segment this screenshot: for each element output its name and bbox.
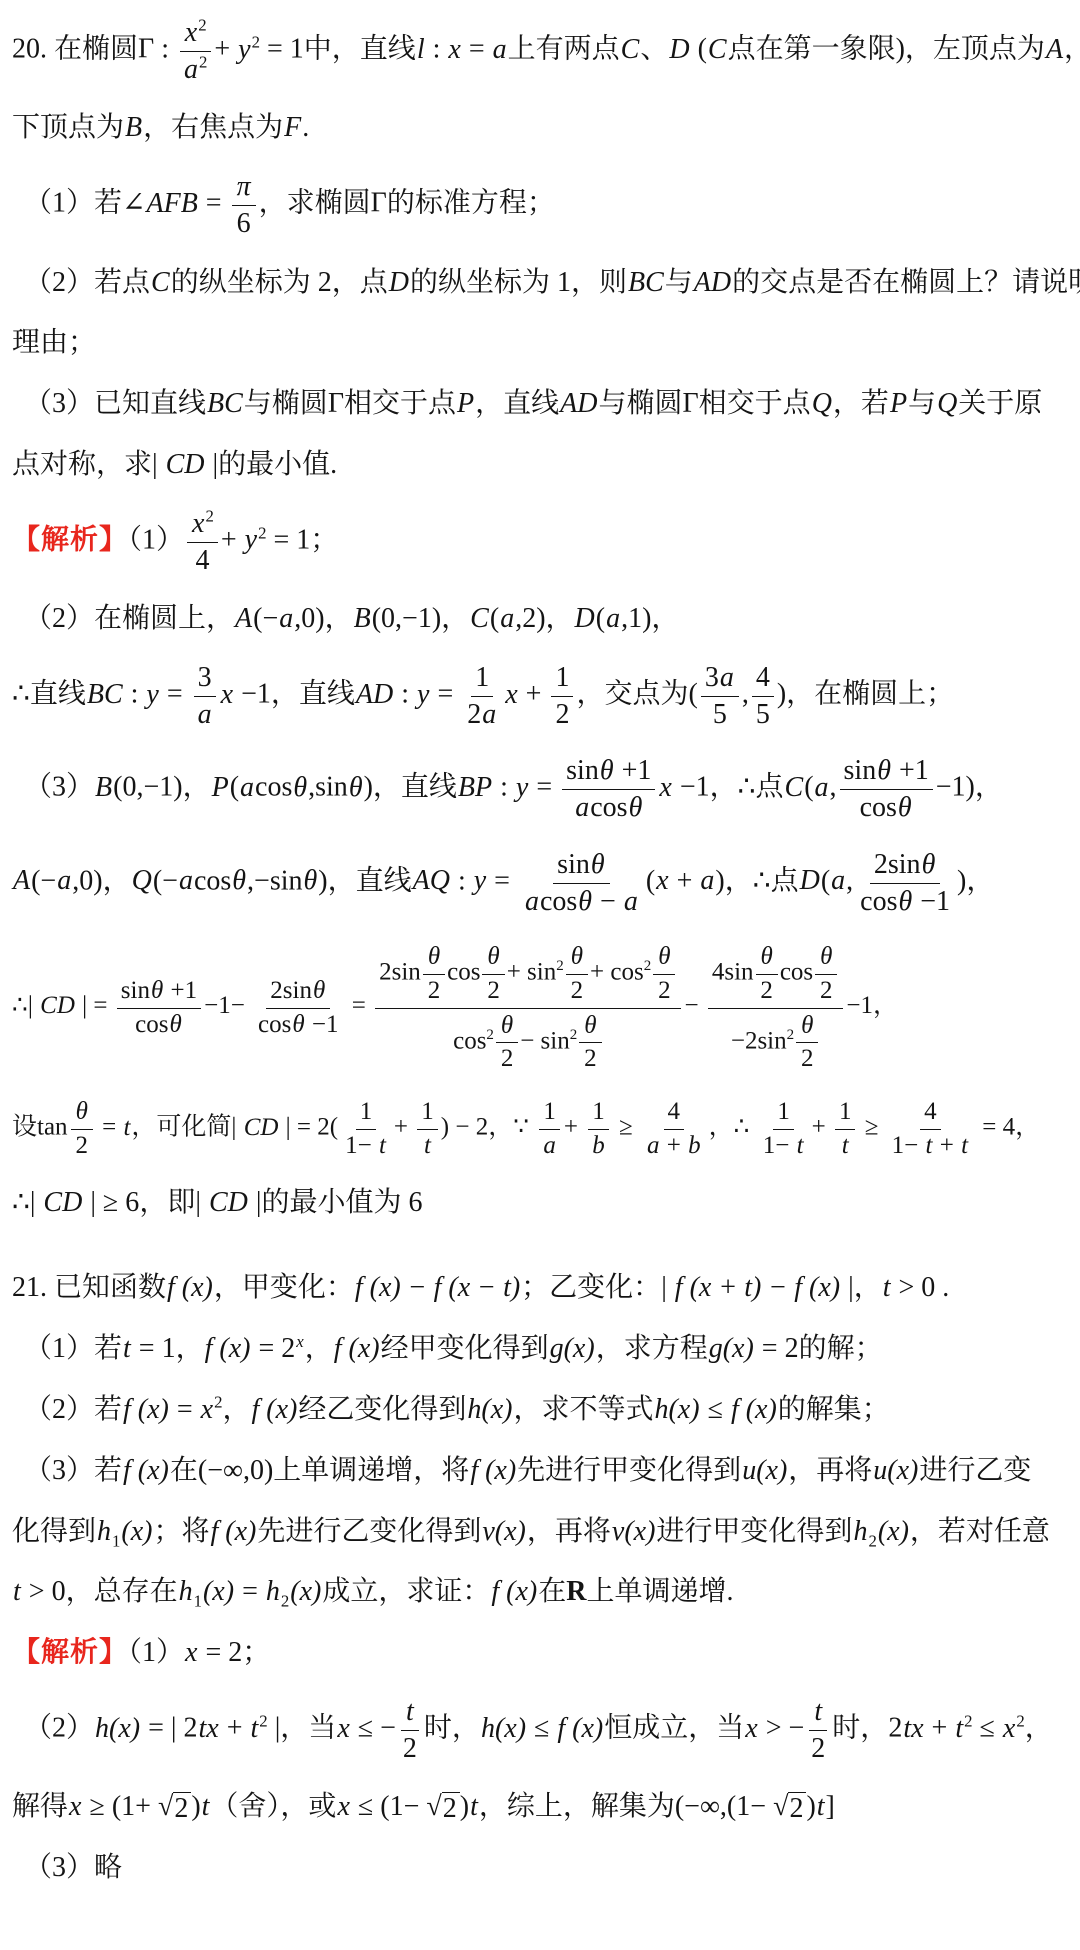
fraction-numerator: 1 xyxy=(551,661,573,697)
p20-solution-part3-line-1: （3）B(0,−1)，P(acosθ,sinθ)，直线BP : y = sinθ… xyxy=(12,754,1066,824)
math-text: x xyxy=(447,34,461,65)
cjk-text: 在 xyxy=(538,1576,566,1607)
cjk-text: ， xyxy=(103,865,131,896)
p21-part3-line-2: 化得到h1(x)；将f (x)先进行乙变化得到v(x)，再将v(x)进行甲变化得… xyxy=(12,1513,1066,1551)
cjk-text: ，总存在 xyxy=(66,1576,178,1607)
fraction: θ2 xyxy=(653,942,675,1006)
math-text: ) − 2 xyxy=(441,1114,488,1141)
fraction-numerator: 1 xyxy=(835,1097,856,1130)
math-text: Q xyxy=(936,388,958,419)
math-text: 2 xyxy=(252,32,260,51)
math-text: a xyxy=(623,886,639,917)
cjk-text: 点对称，求 xyxy=(12,449,152,480)
math-text: ( xyxy=(596,603,605,634)
math-text: ) xyxy=(460,1791,469,1822)
math-text: x xyxy=(191,508,205,539)
cjk-text: 点在第一象限 xyxy=(728,34,896,65)
math-text: ∴ xyxy=(738,772,756,803)
math-text: D xyxy=(388,267,410,298)
cjk-text: 的标准方程； xyxy=(387,188,555,219)
math-text: = xyxy=(170,1394,200,1425)
math-text: tx xyxy=(902,1713,924,1744)
math-text: θ xyxy=(819,943,833,970)
fraction-numerator: 4 xyxy=(920,1097,941,1130)
math-text: x xyxy=(184,1637,198,1668)
math-text: f (x) xyxy=(333,1333,381,1364)
math-text: h xyxy=(852,1516,868,1547)
math-text: θ xyxy=(800,1012,814,1039)
math-text: ≤ xyxy=(973,1713,1002,1744)
math-text: 2 xyxy=(174,1793,188,1824)
cjk-text: 上单调递增，将 xyxy=(273,1455,469,1486)
cjk-text: ，点 xyxy=(332,267,388,298)
math-text: = xyxy=(430,679,460,710)
math-text: t xyxy=(813,1696,823,1727)
fraction: x24 xyxy=(187,507,218,577)
math-text: = xyxy=(346,992,373,1019)
fraction-denominator: 6 xyxy=(233,206,255,240)
math-text: 2 xyxy=(487,977,500,1004)
math-text: : xyxy=(493,772,515,803)
fraction: x2a2 xyxy=(179,16,211,86)
fraction: θ2 xyxy=(482,942,504,1006)
math-text: y xyxy=(145,679,159,710)
cjk-text: （2）若 xyxy=(24,1394,122,1425)
math-text: 2 xyxy=(501,1045,514,1072)
math-text: ] xyxy=(826,1791,835,1822)
fraction-denominator: t xyxy=(419,1130,436,1161)
p21-stem: 21. 已知函数f (x)，甲变化：f (x) − f (x − t)；乙变化：… xyxy=(12,1269,1066,1307)
math-text: θ xyxy=(876,755,892,786)
math-text: AD xyxy=(693,267,732,298)
subscript: 2 xyxy=(281,1592,289,1611)
math-text: ) xyxy=(806,1791,815,1822)
fraction-denominator: 5 xyxy=(709,697,731,731)
math-text: CD xyxy=(165,449,206,480)
math-text: 1− xyxy=(345,1132,378,1159)
math-text: (−∞,(1− xyxy=(675,1791,773,1822)
math-text: θ xyxy=(303,865,319,896)
cjk-text: 与椭圆 xyxy=(244,388,328,419)
math-text: g(x) xyxy=(708,1333,755,1364)
superscript: 2 xyxy=(259,1711,267,1730)
math-text: = xyxy=(96,1114,123,1141)
math-text: t xyxy=(841,1132,850,1159)
math-text: x xyxy=(1002,1713,1016,1744)
cjk-text: 的最小值为 xyxy=(261,1187,401,1218)
math-text: D xyxy=(668,34,690,65)
cjk-text: 点 xyxy=(771,865,799,896)
math-text: 2 xyxy=(214,1393,222,1412)
math-text: ≥ xyxy=(613,1114,639,1141)
radicand: 2 xyxy=(442,1792,460,1825)
math-text: ,−sin xyxy=(247,865,302,896)
math-text: +1 xyxy=(892,755,929,786)
math-text: a xyxy=(699,865,715,896)
math-text: CD xyxy=(208,1187,249,1218)
p20-solution-part3-line-2: A(−a,0)，Q(−acosθ,−sinθ)，直线AQ : y = sinθa… xyxy=(12,848,1066,918)
document-page: 20. 在椭圆Γ : x2a2+ y2 = 1中，直线l : x = a上有两点… xyxy=(0,0,1080,1950)
cjk-text: 的纵坐标为 xyxy=(410,267,550,298)
cjk-text: ；将 xyxy=(153,1516,209,1547)
math-text: ≤ (1− xyxy=(351,1791,426,1822)
p20-solution-substitution: 设tanθ2 = t，可化简| CD | = 2(11− t+ 1t) − 2，… xyxy=(12,1097,1066,1161)
math-text: 5 xyxy=(713,699,727,730)
cjk-text: 点 xyxy=(755,772,783,803)
fraction-numerator: θ xyxy=(796,1011,818,1044)
math-text: θ xyxy=(760,943,774,970)
math-text: 2 xyxy=(820,977,833,1004)
math-text: ( xyxy=(688,679,697,710)
math-text: l xyxy=(416,34,426,65)
cjk-text: 中，直线 xyxy=(304,34,416,65)
cjk-text: 时， xyxy=(832,1713,888,1744)
fraction-numerator: π xyxy=(232,170,256,206)
superscript: 2 xyxy=(556,958,564,974)
cjk-text: ，交点为 xyxy=(576,679,688,710)
p21-solution-part2-line-1: （2）h(x) = | 2tx + t2 |，当x ≤ −t2时，h(x) ≤ … xyxy=(12,1695,1066,1765)
math-text: ) xyxy=(191,1791,200,1822)
cjk-text: （1）若 xyxy=(24,188,122,219)
cjk-text: ， xyxy=(176,1333,204,1364)
cjk-text: 进行乙变 xyxy=(919,1455,1031,1486)
fraction: π6 xyxy=(232,170,256,240)
math-text: + xyxy=(519,679,549,710)
math-text: Q xyxy=(811,388,833,419)
radical-sign: √ xyxy=(158,1792,173,1823)
math-text: t xyxy=(423,1132,432,1159)
fraction-denominator: b xyxy=(587,1130,610,1161)
math-text: + xyxy=(812,1114,832,1141)
math-text: x xyxy=(336,1713,350,1744)
math-text: t xyxy=(250,1713,260,1744)
math-text: θ xyxy=(897,792,913,823)
math-text: | = xyxy=(76,992,114,1019)
superscript: 2 xyxy=(644,958,652,974)
math-text: f (x + t) − f (x) xyxy=(674,1272,841,1303)
math-text: 4 xyxy=(924,1098,937,1125)
math-text: ∴| xyxy=(12,1187,42,1218)
math-text: −1 xyxy=(846,992,873,1019)
math-text: | xyxy=(661,1272,674,1303)
superscript: 2 xyxy=(205,506,213,525)
math-text: 2 xyxy=(789,1793,803,1824)
square-root: √2 xyxy=(158,1792,191,1825)
math-text: 2 xyxy=(199,53,207,72)
fraction: 2sinθcosθ −1 xyxy=(856,848,954,918)
math-text: | xyxy=(249,1187,262,1218)
math-text: +1 xyxy=(615,755,652,786)
math-text: 4sin xyxy=(712,959,754,986)
math-text: + xyxy=(564,1114,584,1141)
math-text: ) xyxy=(896,34,905,65)
math-text: − xyxy=(593,886,623,917)
math-text: + cos xyxy=(590,959,644,986)
cjk-text: ， xyxy=(710,772,738,803)
p20-solution-cd-formula: ∴| CD | = sinθ +1cosθ−1− 2sinθcosθ −1 = … xyxy=(12,941,1066,1074)
math-text: a xyxy=(239,772,255,803)
math-text: x xyxy=(200,1394,214,1425)
math-text: x xyxy=(68,1791,82,1822)
math-text: 2 xyxy=(964,1711,972,1730)
math-text: 1− xyxy=(892,1132,925,1159)
solution-label: 【解析】 xyxy=(12,1637,128,1668)
p20-solution-conclusion: ∴| CD | ≥ 6，即| CD |的最小值为 6 xyxy=(12,1184,1066,1222)
math-text: tx xyxy=(198,1713,220,1744)
math-text: θ xyxy=(577,886,593,917)
math-text: θ xyxy=(292,772,308,803)
math-text: θ xyxy=(75,1098,89,1125)
cjk-text: ， xyxy=(441,603,469,634)
fraction-denominator: acosθ xyxy=(570,790,647,824)
fraction: θ2 xyxy=(566,942,588,1006)
cjk-text: ，再将 xyxy=(527,1516,611,1547)
fraction: 1t xyxy=(417,1097,438,1161)
math-text: − sin xyxy=(520,1027,570,1054)
math-text: AD xyxy=(559,388,598,419)
math-text: 1 xyxy=(194,1592,202,1611)
math-text: −1 xyxy=(234,679,271,710)
fraction-denominator: 2 xyxy=(756,975,777,1006)
math-text: (0,−1) xyxy=(113,772,182,803)
p21-part2: （2）若f (x) = x2，f (x)经乙变化得到h(x)，求不等式h(x) … xyxy=(12,1391,1066,1429)
math-text: θ xyxy=(168,1011,182,1038)
superscript: x xyxy=(295,1332,304,1351)
math-text: a xyxy=(178,865,194,896)
p21-solution-part2-line-2: 解得x ≥ (1+ √2)t（舍），或x ≤ (1− √2)t，综上，解集为(−… xyxy=(12,1788,1066,1826)
fraction-numerator: 1 xyxy=(588,1097,609,1130)
fraction-numerator: 1 xyxy=(417,1097,438,1130)
math-text: 3 xyxy=(705,662,719,693)
math-text: CD xyxy=(243,1114,280,1141)
math-text: | ≥ 6 xyxy=(83,1187,139,1218)
math-text: a xyxy=(830,865,846,896)
math-text: y xyxy=(473,865,487,896)
math-text: , xyxy=(742,679,749,710)
math-text: = xyxy=(160,679,190,710)
fraction-numerator: 4sinθ2cosθ2 xyxy=(708,941,844,1009)
math-text: = xyxy=(235,1576,265,1607)
fraction-numerator: θ xyxy=(423,942,445,975)
math-text: Γ xyxy=(371,188,387,219)
math-text: AD xyxy=(355,679,394,710)
math-text: θ xyxy=(486,943,500,970)
math-text: Γ xyxy=(682,388,698,419)
cjk-text: ， xyxy=(709,1114,734,1141)
cjk-text: 时， xyxy=(424,1713,480,1744)
cjk-text: 上有两点 xyxy=(508,34,620,65)
cjk-text: ， xyxy=(183,772,211,803)
math-text: : xyxy=(124,679,146,710)
math-text: h(x) xyxy=(480,1713,527,1744)
fraction: 12 xyxy=(551,661,573,731)
math-text: θ xyxy=(312,977,326,1004)
math-text: ( xyxy=(490,603,499,634)
math-text: = | 2 xyxy=(141,1713,197,1744)
cjk-text: 、 xyxy=(640,34,668,65)
math-text: 2 xyxy=(205,506,213,525)
math-text: ( xyxy=(230,772,239,803)
math-text: = xyxy=(199,188,229,219)
math-text: cos xyxy=(860,886,897,917)
math-text: f (x) − f (x − t) xyxy=(354,1272,521,1303)
fraction-denominator: 2 xyxy=(797,1043,818,1074)
math-text: ,0) xyxy=(72,865,102,896)
p20-part3-line-2: 点对称，求| CD |的最小值. xyxy=(12,446,1066,484)
math-text: P xyxy=(889,388,908,419)
math-text: 1 xyxy=(592,1098,605,1125)
fraction-denominator: cos2θ2− sin2θ2 xyxy=(449,1009,607,1075)
fraction-denominator: t xyxy=(837,1130,854,1161)
math-text: (−∞,0) xyxy=(198,1455,273,1486)
fraction: θ2 xyxy=(496,1011,518,1075)
math-text: x xyxy=(336,1791,350,1822)
math-text: t xyxy=(12,1576,22,1607)
math-text: a xyxy=(524,886,540,917)
cjk-text: ，求椭圆 xyxy=(259,188,371,219)
fraction: 45 xyxy=(752,661,774,731)
math-text: , xyxy=(830,772,837,803)
math-text: a xyxy=(183,54,199,85)
cjk-text: ， xyxy=(651,603,679,634)
fraction: θ2 xyxy=(71,1097,93,1161)
math-text: 2 xyxy=(311,267,332,298)
math-text: 2 xyxy=(658,977,671,1004)
cjk-text: ，直线 xyxy=(373,772,457,803)
math-text: +1 xyxy=(164,977,197,1004)
p20-solution-part1: 【解析】（1）x24+ y2 = 1； xyxy=(12,507,1066,577)
cjk-text: 先进行甲变化得到 xyxy=(517,1455,741,1486)
fraction: t2 xyxy=(399,1695,421,1765)
cjk-text: ， xyxy=(1015,1114,1040,1141)
fraction-numerator: sinθ xyxy=(553,848,609,884)
fraction-denominator: 2 xyxy=(424,975,445,1006)
math-text: = 1 xyxy=(260,34,304,65)
cjk-text: 20. 在椭圆 xyxy=(12,34,138,65)
math-text: 2sin xyxy=(874,849,921,880)
cjk-text: ，综上，解集为 xyxy=(479,1791,675,1822)
math-text: | xyxy=(268,1713,281,1744)
cjk-text: ， xyxy=(725,865,753,896)
math-text: 1 xyxy=(421,1098,434,1125)
math-text: f (x) xyxy=(122,1394,170,1425)
math-text: cos xyxy=(135,1011,168,1038)
math-text: sin xyxy=(844,755,877,786)
cjk-text: ，右焦点为 xyxy=(143,112,283,143)
math-text: ≥ xyxy=(858,1114,884,1141)
math-text: 2 xyxy=(760,977,773,1004)
p20-part1: （1）若∠AFB = π6，求椭圆Γ的标准方程； xyxy=(12,170,1066,240)
math-text: B xyxy=(94,772,113,803)
fraction: sinθacosθ − a xyxy=(520,848,643,918)
math-text: t xyxy=(954,1713,964,1744)
fraction-denominator: 2 xyxy=(399,1731,421,1765)
cjk-text: 相交于点 xyxy=(344,388,456,419)
cjk-text: （舍），或 xyxy=(210,1791,336,1822)
math-text: ≤ xyxy=(527,1713,556,1744)
fraction-numerator: x2 xyxy=(187,507,218,543)
fraction: 3a xyxy=(193,661,217,731)
math-text: C xyxy=(620,34,641,65)
fraction-denominator: −2sin2θ2 xyxy=(727,1009,825,1075)
math-text: Q xyxy=(131,865,153,896)
math-text: = xyxy=(529,772,559,803)
cjk-text: ， xyxy=(1064,34,1080,65)
math-text: a xyxy=(197,699,213,730)
math-text: −1 xyxy=(913,886,950,917)
math-text: , xyxy=(846,865,853,896)
math-text: 1 xyxy=(550,267,571,298)
math-text: AFB xyxy=(145,188,198,219)
cjk-text: ，可化简 xyxy=(131,1114,231,1141)
fraction-denominator: 2 xyxy=(580,1043,601,1074)
math-text: P xyxy=(211,772,230,803)
math-text: . xyxy=(302,112,309,143)
cjk-text: （3）已知直线 xyxy=(24,388,206,419)
math-text: 2 xyxy=(556,958,564,974)
fraction-denominator: 5 xyxy=(752,697,774,731)
math-text: ∠ xyxy=(122,188,145,219)
cjk-text: （2） xyxy=(24,1713,94,1744)
fraction: 4a + b xyxy=(642,1097,706,1161)
math-text: A xyxy=(234,603,253,634)
fraction-numerator: sinθ +1 xyxy=(562,754,655,790)
cjk-text: （1） xyxy=(128,1637,184,1668)
fraction-denominator: 1− t + t xyxy=(888,1130,973,1161)
math-text: ≥ (1+ xyxy=(82,1791,157,1822)
math-text: 6 xyxy=(401,1187,422,1218)
math-text: h(x) xyxy=(94,1713,141,1744)
math-text: | xyxy=(841,1272,854,1303)
bold-math-text: R xyxy=(566,1576,586,1607)
math-text: a xyxy=(574,792,590,823)
cjk-text: 解得 xyxy=(12,1791,68,1822)
math-text: u(x) xyxy=(741,1455,788,1486)
math-text: t xyxy=(378,1132,387,1159)
fraction: 3a5 xyxy=(701,661,739,731)
math-text: a xyxy=(278,603,294,634)
math-text: 2 xyxy=(259,1711,267,1730)
math-text: f (x) xyxy=(469,1455,517,1486)
math-text: 4 xyxy=(756,662,770,693)
math-text: a xyxy=(814,772,830,803)
cjk-text: ， xyxy=(305,1333,333,1364)
math-text: Γ xyxy=(328,388,344,419)
fraction: sinθ +1acosθ xyxy=(562,754,655,824)
fraction-numerator: 1 xyxy=(471,661,493,697)
math-text: (− xyxy=(31,865,56,896)
math-text: θ xyxy=(599,755,615,786)
cjk-text: ， xyxy=(966,865,994,896)
p21-solution-part3: （3）略 xyxy=(12,1849,1066,1887)
cjk-text: ； xyxy=(242,1637,270,1668)
fraction-numerator: θ xyxy=(71,1097,93,1130)
math-text: y xyxy=(515,772,529,803)
math-text: 2 xyxy=(555,699,569,730)
fraction-numerator: 1 xyxy=(356,1097,377,1130)
cjk-text: （1）若 xyxy=(24,1333,122,1364)
fraction: θ2 xyxy=(796,1011,818,1075)
fraction: θ2 xyxy=(756,942,778,1006)
cjk-text: 经乙变化得到 xyxy=(298,1394,466,1425)
math-text: h xyxy=(96,1516,112,1547)
fraction-denominator: 1− t xyxy=(341,1130,391,1161)
math-text: = 4 xyxy=(976,1114,1015,1141)
math-text: ∴ xyxy=(753,865,771,896)
math-text: (x) xyxy=(877,1516,910,1547)
math-text: BC xyxy=(86,679,124,710)
cjk-text: 的纵坐标为 xyxy=(171,267,311,298)
